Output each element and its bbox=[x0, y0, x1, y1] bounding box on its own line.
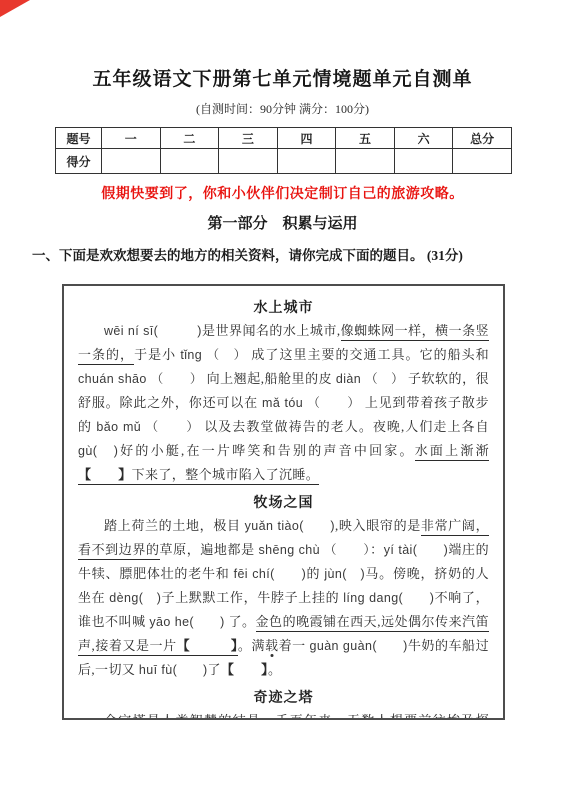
pinyin-blank: chuán shāo （ ） bbox=[78, 372, 203, 386]
passage-text: 是世界闻名的水上城市, bbox=[202, 323, 341, 338]
passage-body: wēi ní sī( )是世界闻名的水上城市,像蜘蛛网一样，横一条竖一条的，于是… bbox=[78, 319, 489, 487]
pinyin-blank: diàn （ ） bbox=[336, 372, 404, 386]
passage-text: 向上翘起,船舱里的皮 bbox=[203, 371, 336, 386]
passage-text: 了。 bbox=[225, 614, 256, 629]
passage-text: 子上默默工作，牛脖子上挂的 bbox=[161, 590, 343, 605]
passage-section-pasture-country: 牧场之国 踏上荷兰的土地，极目 yuǎn tiào( ),映入眼帘的是非常广阔，… bbox=[78, 492, 489, 682]
passage-text: 载 bbox=[265, 638, 279, 653]
answer-bracket: 【 】 bbox=[221, 662, 268, 677]
pinyin-blank: gù( ) bbox=[78, 444, 118, 458]
passage-text: ,映入眼帘的是 bbox=[335, 518, 421, 533]
question-score: (31分) bbox=[427, 248, 463, 263]
pinyin-blank: guàn guàn( ) bbox=[309, 639, 407, 653]
passage-text: 下来了，整个城市陷入了沉睡。 bbox=[132, 467, 320, 485]
pinyin-blank: mǎ tóu （ ） bbox=[262, 396, 361, 410]
part-heading: 第一部分 积累与运用 bbox=[0, 212, 565, 233]
score-table-header-row: 题号 一 二 三 四 五 六 总分 bbox=[56, 128, 512, 149]
pinyin-blank: shēng chù （ ） bbox=[259, 543, 371, 557]
header-cell-4: 四 bbox=[277, 128, 336, 149]
score-cell bbox=[336, 149, 395, 174]
passage-text: 着一 bbox=[279, 638, 310, 653]
pinyin-blank: yuǎn tiào( ) bbox=[245, 519, 335, 533]
pinyin-blank: dèng( ) bbox=[109, 591, 161, 605]
passage-text: 。满 bbox=[238, 638, 265, 653]
score-table: 题号 一 二 三 四 五 六 总分 得分 bbox=[55, 127, 512, 174]
passage-text: 草原，遍地都是 bbox=[160, 542, 259, 557]
score-cell bbox=[453, 149, 512, 174]
header-cell-3: 三 bbox=[219, 128, 278, 149]
header-cell-5: 五 bbox=[336, 128, 395, 149]
pinyin-blank: jùn( ) bbox=[324, 567, 365, 581]
passage-body: 金字塔是人类智慧的结晶，千百年来，无数人想要前往埃及探索，但至今为止，它依旧是神… bbox=[78, 709, 489, 720]
header-cell-question-number: 题号 bbox=[56, 128, 102, 149]
passage-box: 水上城市 wēi ní sī( )是世界闻名的水上城市,像蜘蛛网一样，横一条竖一… bbox=[62, 284, 505, 720]
passage-title: 牧场之国 bbox=[78, 492, 489, 512]
score-cell bbox=[219, 149, 278, 174]
intro-banner: 假期快要到了，你和小伙伴们决定制订自己的旅游攻略。 bbox=[0, 183, 565, 203]
pinyin-blank: yāo he( ) bbox=[149, 615, 224, 629]
passage-text: 的 bbox=[306, 566, 324, 581]
passage-title: 奇迹之塔 bbox=[78, 687, 489, 707]
passage-text: ： bbox=[370, 542, 384, 557]
pinyin-blank: wēi ní sī( ) bbox=[104, 324, 202, 338]
pinyin-blank: bǎo mǔ （ ） bbox=[96, 420, 200, 434]
passage-text: 以及去教堂做祷告的老人。夜晚,人们走上各自 bbox=[200, 419, 489, 434]
passage-text: 成了这里主要的交通工具。它的船头和 bbox=[247, 347, 489, 362]
passage-text: 金字塔是人类智慧的结晶，千百年来，无数人想要前往埃及探索，但至今为止，它依旧是神… bbox=[78, 713, 489, 720]
passage-text: 踏上荷兰的土地，极目 bbox=[104, 518, 245, 533]
passage-section-miracle-tower: 奇迹之塔 金字塔是人类智慧的结晶，千百年来，无数人想要前往埃及探索，但至今为止，… bbox=[78, 687, 489, 720]
score-cell bbox=[102, 149, 161, 174]
passage-text: 了 bbox=[208, 662, 221, 677]
header-cell-6: 六 bbox=[394, 128, 453, 149]
pinyin-blank: huī fù( ) bbox=[139, 663, 208, 677]
answer-bracket: 【 】 bbox=[78, 467, 132, 485]
page-subtitle: (自测时间：90分钟 满分：100分) bbox=[0, 100, 565, 117]
header-cell-2: 二 bbox=[160, 128, 219, 149]
header-cell-total: 总分 bbox=[453, 128, 512, 149]
pinyin-blank: líng dang( ) bbox=[343, 591, 434, 605]
passage-text: 好的小艇,在一片哗笑和告别的声音中回家。 bbox=[118, 443, 414, 458]
score-cell bbox=[160, 149, 219, 174]
question-heading: 一、下面是欢欢想要去的地方的相关资料，请你完成下面的题目。 (31分) bbox=[32, 244, 533, 264]
score-cell bbox=[277, 149, 336, 174]
passage-text: 。 bbox=[268, 662, 281, 677]
pinyin-blank: tǐng （ ） bbox=[180, 348, 247, 362]
passage-text: 于是小 bbox=[134, 347, 180, 362]
corner-marker bbox=[0, 0, 30, 17]
pinyin-blank: fēi chí( ) bbox=[234, 567, 307, 581]
header-cell-1: 一 bbox=[102, 128, 161, 149]
score-cell bbox=[394, 149, 453, 174]
passage-title: 水上城市 bbox=[78, 297, 489, 317]
score-row-label: 得分 bbox=[56, 149, 102, 174]
page-title: 五年级语文下册第七单元情境题单元自测单 bbox=[0, 64, 565, 91]
score-table-score-row: 得分 bbox=[56, 149, 512, 174]
passage-section-water-city: 水上城市 wēi ní sī( )是世界闻名的水上城市,像蜘蛛网一样，横一条竖一… bbox=[78, 297, 489, 487]
passage-body: 踏上荷兰的土地，极目 yuǎn tiào( ),映入眼帘的是非常广阔，看不到边界… bbox=[78, 514, 489, 682]
answer-bracket: 【 】 bbox=[177, 638, 238, 656]
pinyin-blank: yí tài( ) bbox=[384, 543, 448, 557]
question-heading-text: 一、下面是欢欢想要去的地方的相关资料，请你完成下面的题目。 bbox=[32, 248, 424, 263]
passage-text: 水面上渐渐 bbox=[415, 443, 489, 461]
